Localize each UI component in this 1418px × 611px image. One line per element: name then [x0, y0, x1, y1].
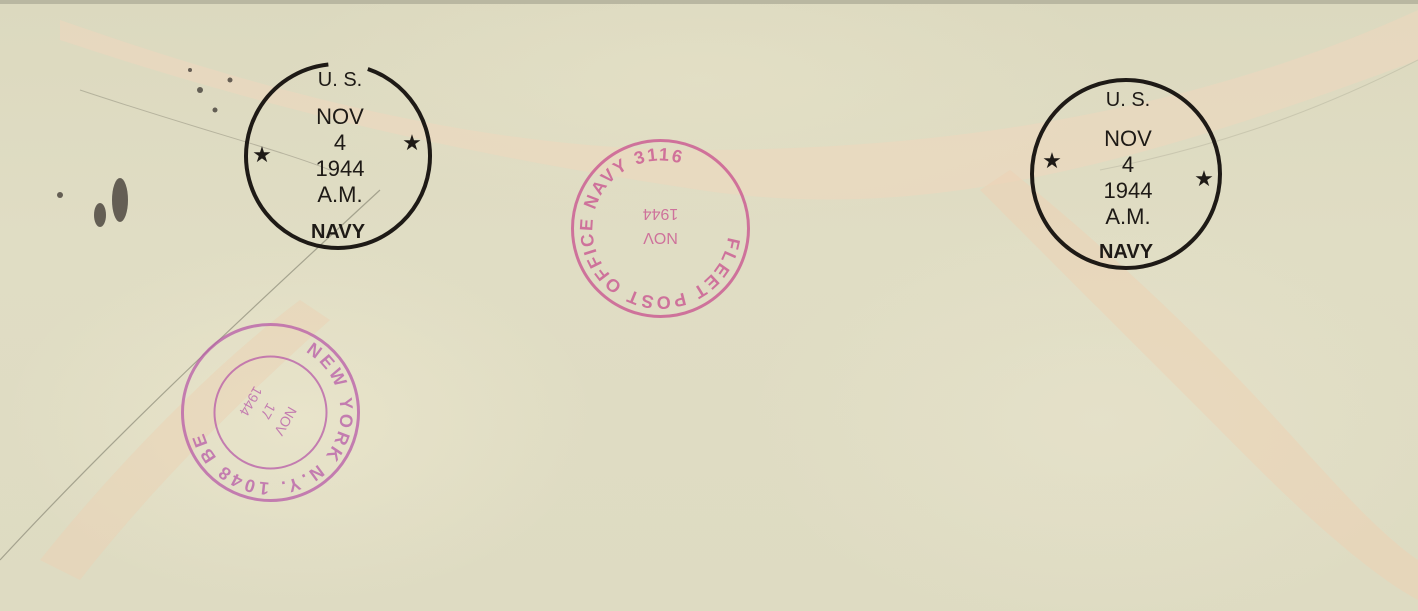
postmark-fleet-post-office: FLEET POST OFFICE NAVY 3116 NOV 1944: [568, 136, 753, 321]
star-icon: ★: [252, 142, 272, 167]
postmark-year: 1944: [1104, 178, 1153, 203]
postmark-time: A.M.: [317, 182, 362, 207]
postmark-month: NOV: [1104, 126, 1152, 151]
postmark-center-line: NOV: [643, 229, 678, 246]
postmark-year: 1944: [316, 156, 365, 181]
svg-text:FLEET POST OFFICE NAVY 3116: FLEET POST OFFICE NAVY 3116: [576, 144, 744, 312]
postmark-center-line: 17: [257, 401, 279, 423]
postmark-ring-text: FLEET POST OFFICE NAVY 3116: [576, 144, 744, 312]
star-icon: ★: [1042, 148, 1062, 173]
postmark-new-york: NEW YORK N.Y. 1048 BE NOV 17 1944: [178, 320, 363, 505]
star-icon: ★: [402, 130, 422, 155]
envelope-back: U. S. NOV 4 1944 A.M. NAVY ★ ★ U. S. NOV…: [0, 0, 1418, 611]
postmark-month: NOV: [316, 104, 364, 129]
postmark-top-text: U. S.: [318, 69, 362, 91]
star-icon: ★: [1194, 166, 1214, 191]
postmark-bottom-text: NAVY: [1099, 241, 1154, 263]
postmark-navy-right: U. S. NOV 4 1944 A.M. NAVY ★ ★: [1028, 76, 1228, 276]
postmark-day: 4: [1122, 152, 1134, 177]
postmark-navy-left: U. S. NOV 4 1944 A.M. NAVY ★ ★: [240, 58, 440, 258]
postmark-center-line: 1944: [643, 205, 679, 222]
postmark-bottom-text: NAVY: [311, 221, 366, 243]
postmark-day: 4: [334, 130, 346, 155]
postmark-top-text: U. S.: [1106, 89, 1150, 111]
postmark-time: A.M.: [1105, 204, 1150, 229]
